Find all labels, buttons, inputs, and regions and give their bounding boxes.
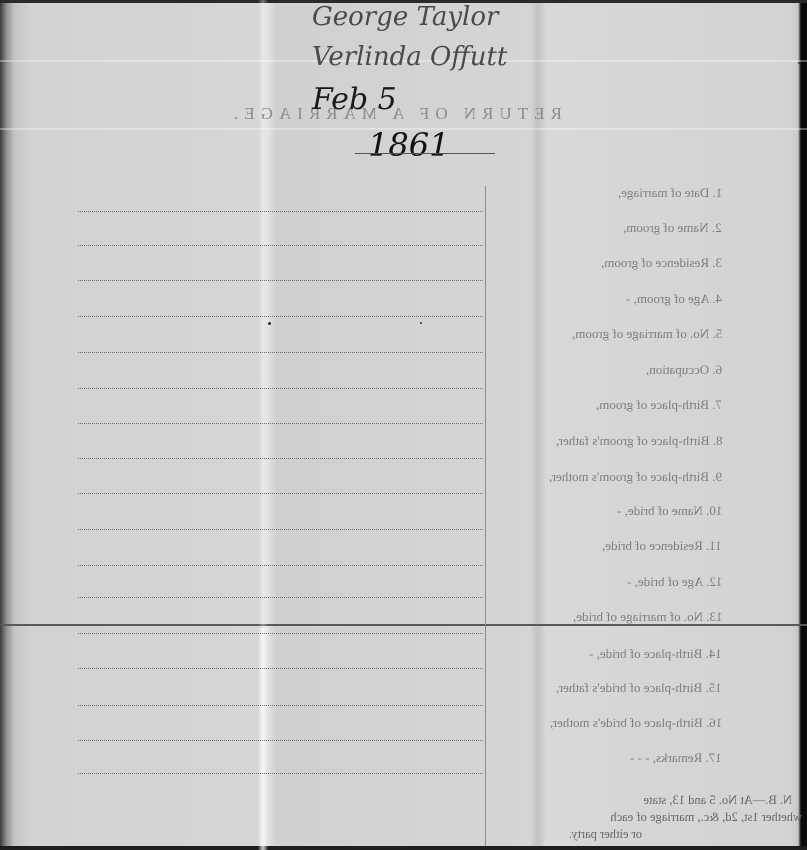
field-label: 10. Name of bride, - <box>617 501 722 521</box>
answer-line <box>78 493 483 494</box>
answer-line <box>78 740 483 741</box>
handwritten-date: Feb 5 <box>312 82 397 117</box>
field-label: 5. No. of marriage of groom, <box>572 324 722 344</box>
field-label: 7. Birth-place of groom, <box>596 395 722 415</box>
answer-line <box>78 633 483 634</box>
field-label: 6. Occupation, <box>646 360 722 380</box>
vertical-fold-lower <box>258 628 268 850</box>
answer-line <box>78 773 483 774</box>
answer-line <box>78 316 483 317</box>
field-label: 8. Birth-place of groom's father, <box>556 431 722 451</box>
field-label: 12. Age of bride, - <box>627 572 722 592</box>
handwritten-bride-name: Verlinda Offutt <box>312 42 507 72</box>
answer-line <box>78 529 483 530</box>
field-label: 11. Residence of bride, <box>602 536 722 556</box>
answer-line <box>78 597 483 598</box>
answer-line <box>78 245 483 246</box>
ink-speck <box>798 62 800 64</box>
field-label: 2. Name of groom, <box>623 218 722 238</box>
field-label: 17. Remarks, - - - <box>630 748 722 768</box>
field-label: 13. No. of marriage of bride, <box>573 607 722 627</box>
column-divider-rule <box>485 186 486 846</box>
answer-line <box>78 423 483 424</box>
year-underline <box>355 153 495 154</box>
field-label: 15. Birth-place of bride's father, <box>556 678 722 698</box>
answer-line <box>78 388 483 389</box>
answer-line <box>78 211 483 212</box>
handwritten-year: 1861 <box>368 126 449 164</box>
answer-line <box>78 352 483 353</box>
ink-speck <box>420 322 422 324</box>
field-label: 4. Age of groom, - <box>626 289 722 309</box>
answer-line <box>78 458 483 459</box>
field-label: 1. Date of marriage, <box>618 183 722 203</box>
answer-line <box>78 280 483 281</box>
page-bottom-edge <box>0 846 807 850</box>
field-label: 3. Residence of groom, <box>601 253 722 273</box>
footnote-line: or either party. <box>490 826 802 843</box>
footnote-line: N. B.—At No. 5 and 13, state <box>490 792 802 809</box>
field-label: 9. Birth-place of groom's mother, <box>549 467 722 487</box>
answer-line <box>78 565 483 566</box>
answer-line <box>78 705 483 706</box>
answer-line <box>78 668 483 669</box>
footnote: N. B.—At No. 5 and 13, state whether 1st… <box>490 792 802 843</box>
footnote-line: whether 1st, 2d, &c., marriage of each <box>490 809 802 826</box>
field-label: 14. Birth-place of bride, - <box>589 644 722 664</box>
field-label: 16. Birth-place of bride's mother, <box>550 713 722 733</box>
ink-speck <box>268 322 271 325</box>
handwritten-groom-name: George Taylor <box>312 2 498 32</box>
